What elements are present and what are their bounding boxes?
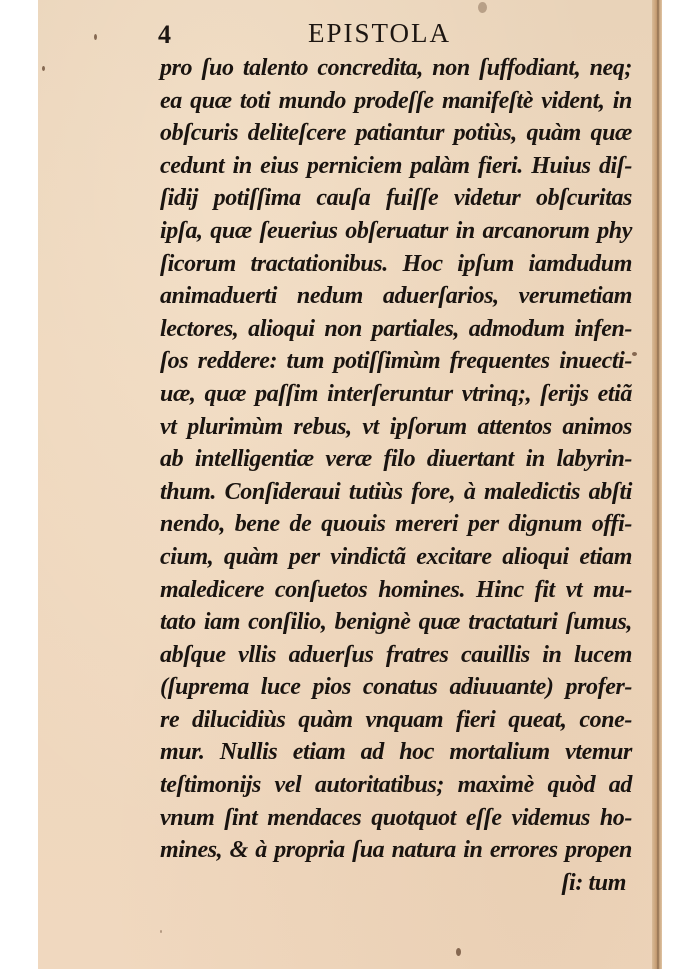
- text-line: re dilucidiùs quàm vnquam fieri queat, c…: [160, 704, 632, 737]
- text-line: ſos reddere: tum potiſſimùm frequentes i…: [160, 345, 632, 378]
- text-line: lectores, alioqui non partiales, admodum…: [160, 313, 632, 346]
- text-line: obſcuris deliteſcere patiantur potiùs, q…: [160, 117, 632, 150]
- paper-speck: [456, 948, 461, 956]
- paper-speck: [160, 930, 162, 933]
- paper-speck: [42, 66, 45, 71]
- text-line: mines, & à propria ſua natura in errores…: [160, 834, 632, 867]
- page-number: 4: [158, 20, 171, 50]
- body-text: pro ſuo talento concredita, non ſuffodia…: [160, 52, 632, 899]
- text-line: cium, quàm per vindictã excitare alioqui…: [160, 541, 632, 574]
- running-head-title: EPISTOLA: [308, 18, 451, 49]
- paper-speck: [632, 352, 637, 356]
- text-line: vt plurimùm rebus, vt ipſorum attentos a…: [160, 411, 632, 444]
- catchword: ſi: tum: [160, 867, 632, 900]
- text-line: ipſa, quæ ſeuerius obſeruatur in arcanor…: [160, 215, 632, 248]
- text-line: ſidij potiſſima cauſa fuiſſe videtur obſ…: [160, 182, 632, 215]
- text-line: vnum ſint mendaces quotquot eſſe videmus…: [160, 802, 632, 835]
- text-line: cedunt in eius perniciem palàm fieri. Hu…: [160, 150, 632, 183]
- text-line: maledicere conſuetos homines. Hinc fit v…: [160, 574, 632, 607]
- text-line: teſtimonijs vel autoritatibus; maximè qu…: [160, 769, 632, 802]
- text-line: ab intelligentiæ veræ filo diuertant in …: [160, 443, 632, 476]
- paper-speck: [478, 2, 487, 13]
- text-line: ea quæ toti mundo prodeſſe manifeſtè vid…: [160, 85, 632, 118]
- text-line: thum. Conſideraui tutiùs fore, à maledic…: [160, 476, 632, 509]
- page-fore-edge: [652, 0, 662, 969]
- book-page: 4 EPISTOLA pro ſuo talento concredita, n…: [38, 0, 662, 969]
- text-line: nendo, bene de quouis mereri per dignum …: [160, 508, 632, 541]
- text-line: (ſuprema luce pios conatus adiuuante) pr…: [160, 671, 632, 704]
- text-line: uæ, quæ paſſim interſeruntur vtrinq;, ſe…: [160, 378, 632, 411]
- text-line: animaduerti nedum aduerſarios, verumetia…: [160, 280, 632, 313]
- text-line: mur. Nullis etiam ad hoc mortalium vtemu…: [160, 736, 632, 769]
- running-head: 4 EPISTOLA: [38, 14, 662, 48]
- text-line: tato iam conſilio, benignè quæ tractatur…: [160, 606, 632, 639]
- text-line: ſicorum tractationibus. Hoc ipſum iamdud…: [160, 248, 632, 281]
- text-line: pro ſuo talento concredita, non ſuffodia…: [160, 52, 632, 85]
- text-line: abſque vllis aduerſus fratres cauillis i…: [160, 639, 632, 672]
